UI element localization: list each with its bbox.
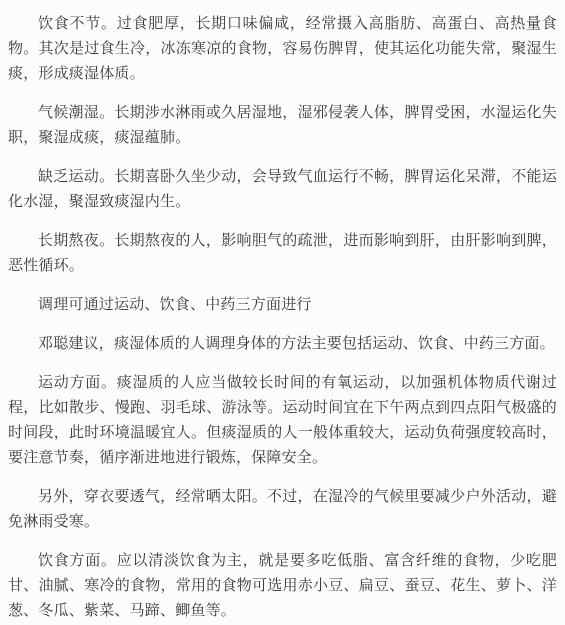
paragraph-diet-excess: 饮食不节。过食肥厚，长期口味偏咸，经常摄入高脂肪、高蛋白、高热量食物。其次是过食… — [8, 11, 557, 86]
section-heading-conditioning: 调理可通过运动、饮食、中药三方面进行 — [8, 292, 557, 317]
paragraph-lack-of-exercise: 缺乏运动。长期喜卧久坐少动，会导致气血运行不畅，脾胃运化呆滞，不能运化水湿，聚湿… — [8, 164, 557, 214]
paragraph-exercise-advice: 运动方面。痰湿质的人应当做较长时间的有氧运动，以加强机体物质代谢过程，比如散步、… — [8, 370, 557, 470]
paragraph-diet-advice: 饮食方面。应以清淡饮食为主，就是要多吃低脂、富含纤维的食物，少吃肥甘、油腻、寒冷… — [8, 548, 557, 623]
paragraph-staying-up-late: 长期熬夜。长期熬夜的人，影响胆气的疏泄，进而影响到肝，由肝影响到脾，恶性循环。 — [8, 228, 557, 278]
paragraph-humid-climate: 气候潮湿。长期涉水淋雨或久居湿地，湿邪侵袭人体，脾胃受困，水湿运化失职，聚湿成痰… — [8, 100, 557, 150]
paragraph-expert-advice: 邓聪建议，痰湿体质的人调理身体的方法主要包括运动、饮食、中药三方面。 — [8, 331, 557, 356]
paragraph-clothing-advice: 另外，穿衣要透气，经常晒太阳。不过，在湿冷的气候里要减少户外活动，避免淋雨受寒。 — [8, 484, 557, 534]
article-body: 饮食不节。过食肥厚，长期口味偏咸，经常摄入高脂肪、高蛋白、高热量食物。其次是过食… — [0, 0, 565, 623]
